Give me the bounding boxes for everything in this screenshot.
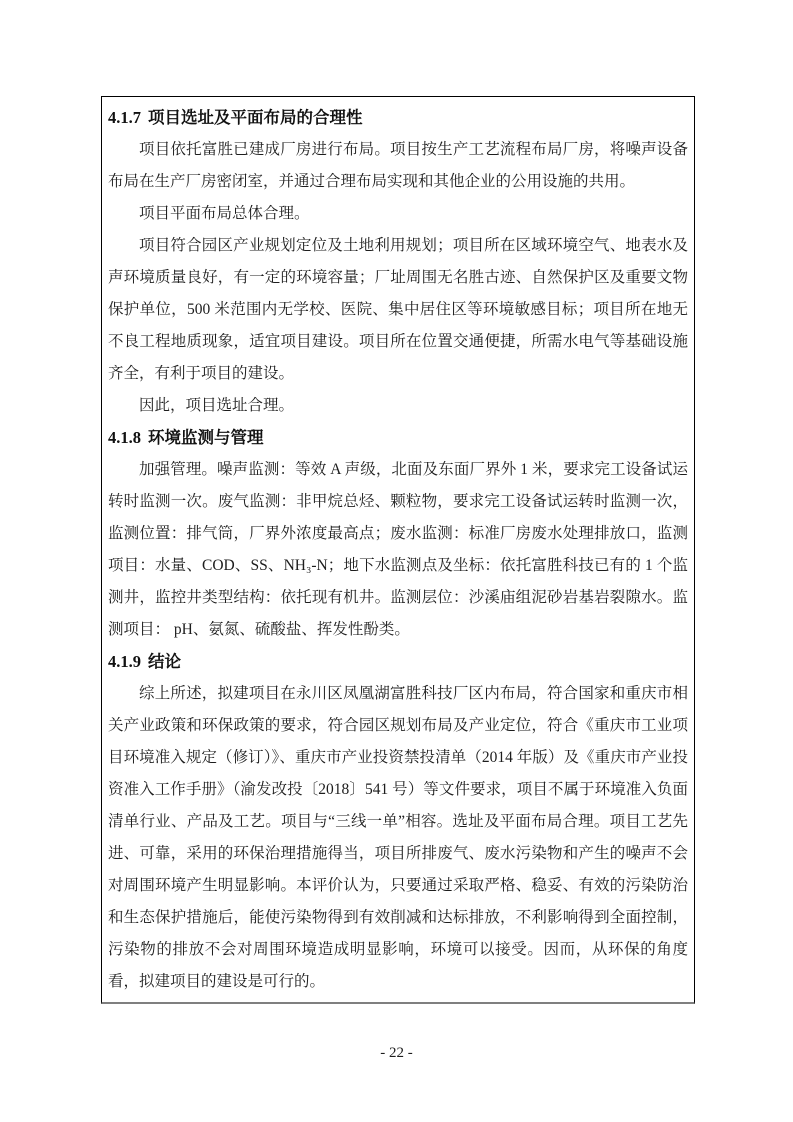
page-number: - 22 - bbox=[380, 1045, 413, 1061]
section-heading-4-1-7: 4.1.7项目选址及平面布局的合理性 bbox=[108, 102, 688, 134]
paragraph: 项目依托富胜已建成厂房进行布局。项目按生产工艺流程布局厂房，将噪声设备布局在生产… bbox=[108, 134, 688, 198]
section-heading-4-1-9: 4.1.9结论 bbox=[108, 646, 688, 678]
section-title: 结论 bbox=[148, 652, 181, 671]
paragraph: 综上所述，拟建项目在永川区凤凰湖富胜科技厂区内布局，符合国家和重庆市相关产业政策… bbox=[108, 678, 688, 998]
section-heading-4-1-8: 4.1.8环境监测与管理 bbox=[108, 422, 688, 454]
section-number: 4.1.9 bbox=[108, 652, 141, 671]
section-title: 环境监测与管理 bbox=[148, 428, 264, 447]
section-number: 4.1.8 bbox=[108, 428, 141, 447]
page-footer: - 22 - bbox=[0, 1045, 793, 1062]
section-number: 4.1.7 bbox=[108, 108, 141, 127]
document-content-cell: 4.1.7项目选址及平面布局的合理性 项目依托富胜已建成厂房进行布局。项目按生产… bbox=[101, 96, 695, 1004]
paragraph: 加强管理。噪声监测：等效 A 声级，北面及东面厂界外 1 米，要求完工设备试运转… bbox=[108, 454, 688, 646]
section-title: 项目选址及平面布局的合理性 bbox=[148, 108, 363, 127]
paragraph: 项目符合园区产业规划定位及土地利用规划；项目所在区域环境空气、地表水及声环境质量… bbox=[108, 230, 688, 390]
paragraph: 项目平面布局总体合理。 bbox=[108, 198, 688, 230]
paragraph: 因此，项目选址合理。 bbox=[108, 390, 688, 422]
